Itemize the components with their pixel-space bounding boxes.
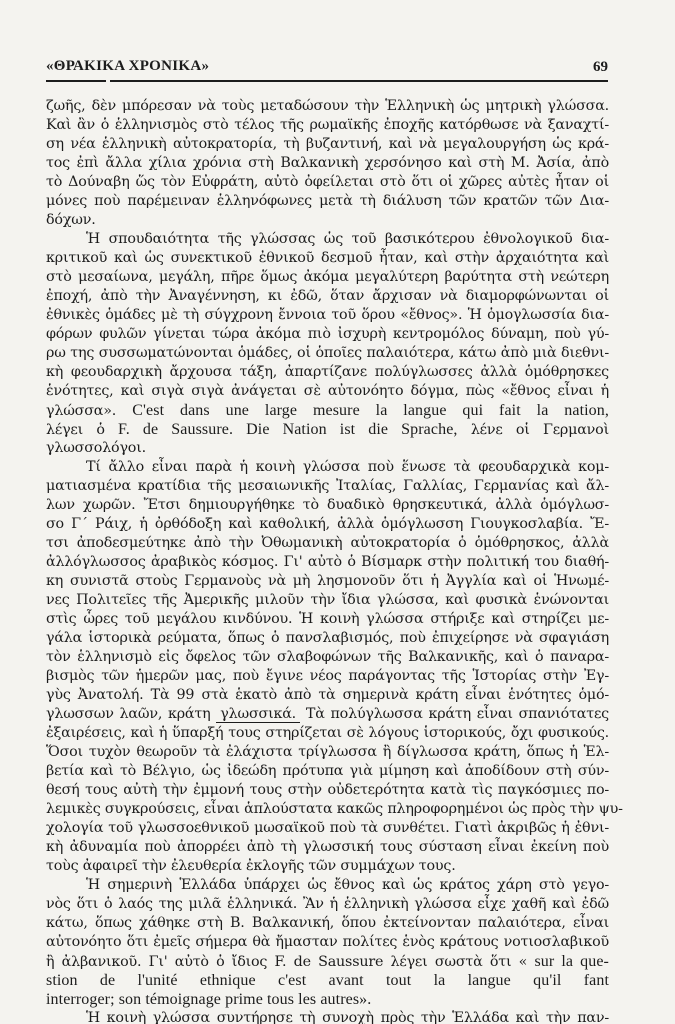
text-run: κὴ ἀδυναμία ποὺ ἀπορρέει ἀπὸ τὴ γλωσσική…: [46, 839, 609, 855]
text-line: ἐποχή, ἀπὸ τὴν Ἀναγέννηση, κι ἐδῶ, ὅταν …: [46, 287, 609, 306]
text-line: δόχων.: [46, 211, 609, 230]
text-run: κὴ φεουδαρχικὴ ἄρχουσα τάξη, ἀπαρτίζανε …: [46, 364, 609, 380]
text-line: χολογία τοῦ γλωσσοεθνικοῦ μωσαϊκοῦ ποὺ τ…: [46, 819, 609, 838]
text-line: ἢ ἀλβανικοῦ. Γι' αὐτὸ ὁ ἴδιος F. de Saus…: [46, 952, 609, 971]
text-line: Τί ἄλλο εἶναι παρὰ ἡ κοινὴ γλώσσα ποὺ ἕν…: [46, 458, 609, 477]
text-line: λων χωρῶν. Ἔτσι δημιουργήθηκε τὸ δυαδικὸ…: [46, 496, 609, 515]
text-run: λένε οἱ Γερμανοὶ: [471, 422, 609, 438]
text-run: λεμικὲς συγκρούσεις, εἶναι ἁπλούστατα κα…: [46, 801, 623, 817]
text-run: στὶς ὧρες τοῦ μεγάλου κινδύνου. Ἡ κοινὴ …: [46, 611, 609, 627]
text-run: δόχων.: [46, 212, 96, 228]
text-line: Ἡ κοινὴ γλώσσα συντήρησε τὴ συνοχὴ πρὸς …: [46, 1009, 609, 1024]
text-run: κη συνιστᾶ στοὺς Γερμανοὺς νὰ μὴ λησμονο…: [46, 573, 609, 589]
text-run: γλώσσα».: [46, 403, 116, 419]
text-run: βισμὸς τῶν ἡμερῶν μας, ποὺ ἔγινε νέος πα…: [46, 668, 609, 684]
text-line: λεμικὲς συγκρούσεις, εἶναι ἁπλούστατα κα…: [46, 800, 609, 819]
text-line: τὸν ἑλληνισμὸ εἰς ὄφελος τῶν σλαβοφώνων …: [46, 648, 609, 667]
text-run: σο Γ΄ Ράιχ, ἡ ὀρθόδοξη καὶ καθολική, ἀλλ…: [46, 516, 609, 532]
text-line: Ἡ σημερινὴ Ἑλλάδα ὑπάρχει ὡς ἔθνος καὶ ὡ…: [46, 876, 609, 895]
text-line: θεσή τους αὐτὴ τὴν ἐμμονή τους στὴν οὐδε…: [46, 781, 609, 800]
text-run: Τί ἄλλο εἶναι παρὰ ἡ κοινὴ γλώσσα ποὺ ἕν…: [86, 459, 609, 475]
text-run: λέγει ὁ: [46, 422, 105, 438]
text-line: τος ἐπὶ ἄλλα χίλια χρόνια στὴ Βαλκανικὴ …: [46, 154, 609, 173]
text-line: ρω της συσσωματώνονται ὁμάδες, οἱ ὁποῖες…: [46, 344, 609, 363]
text-line: σο Γ΄ Ράιχ, ἡ ὀρθόδοξη καὶ καθολική, ἀλλ…: [46, 515, 609, 534]
page-header: «ΘΡΑΚΙΚΑ ΧΡΟΝΙΚΑ» 69: [46, 58, 608, 78]
text-run: γὺς Ἀνατολή. Τὰ 99 στὰ ἑκατὸ ἀπὸ τὰ σημε…: [46, 687, 609, 703]
text-run: γλωσσων λαῶν, κράτη: [46, 706, 210, 722]
text-line: φόρων φυλῶν γίνεται τώρα ἀκόμα πιὸ ἰσχυρ…: [46, 325, 609, 344]
text-run: τὸν ἑλληνισμὸ εἰς ὄφελος τῶν σλαβοφώνων …: [46, 649, 609, 665]
header-rule-long: [110, 80, 608, 82]
text-line: Ὅσοι τυχὸν θεωροῦν τὰ ἐλάχιστα τρίγλωσσα…: [46, 743, 609, 762]
text-run: κριτικοῦ καὶ ὡς συνεκτικοῦ ἐθνικοῦ δεσμο…: [46, 250, 609, 266]
text-line: stion de l'unité ethnique c'est avant to…: [46, 971, 609, 990]
latin-quote: F. de Saussure. Die Nation ist die Sprac…: [118, 421, 457, 438]
text-line: ζωῆς, δὲν μπόρεσαν νὰ τοὺς μεταδώσουν τὴ…: [46, 97, 609, 116]
text-run: ἐθνικὲς ὁμάδες μὲ τὴ σύγχρονη ἔννοια τοῦ…: [46, 307, 609, 323]
text-line: ματιασμένα κρατίδια τῆς μεσαιωνικῆς Ἰταλ…: [46, 477, 609, 496]
page-number: 69: [593, 59, 608, 76]
underlined-word: γλωσσικά.: [216, 706, 300, 723]
latin-quote: stion de l'unité ethnique c'est avant to…: [46, 972, 609, 989]
text-line: κὴ φεουδαρχικὴ ἄρχουσα τάξη, ἀπαρτίζανε …: [46, 363, 609, 382]
text-run: γλωσσολόγοι.: [46, 440, 146, 456]
text-line: κριτικοῦ καὶ ὡς συνεκτικοῦ ἐθνικοῦ δεσμο…: [46, 249, 609, 268]
text-run: Τὰ πολύγλωσσα κράτη εἶναι σπανιότατες: [306, 706, 609, 722]
text-line: τσι ἀποδεσμεύτηκε ἀπὸ τὴν Ὀθωμανικὴ αὐτο…: [46, 534, 609, 553]
text-line: κὴ ἀδυναμία ποὺ ἀπορρέει ἀπὸ τὴ γλωσσική…: [46, 838, 609, 857]
text-run: ἑνότητες, καὶ σιγὰ σιγὰ ἀνάγεται σὲ αὐτο…: [46, 383, 609, 399]
text-run: ματιασμένα κρατίδια τῆς μεσαιωνικῆς Ἰταλ…: [46, 478, 609, 494]
text-run: τος ἐπὶ ἄλλα χίλια χρόνια στὴ Βαλκανικὴ …: [46, 155, 609, 171]
text-line: λέγει ὁ F. de Saussure. Die Nation ist d…: [46, 420, 609, 439]
text-run: νες Πολιτεῖες τῆς Ἀμερικῆς μιλοῦν τὴν ἴδ…: [46, 592, 609, 608]
text-line: αὐτονόητο ὅτι ἐμεῖς σήμερα θὰ ἤμασταν πο…: [46, 933, 609, 952]
text-run: ση νέα ἑλληνικὴ αὐτοκρατορία, τὴ βυζαντι…: [46, 136, 609, 152]
text-run: ἢ ἀλβανικοῦ. Γι' αὐτὸ ὁ ἴδιος F. de Saus…: [46, 954, 527, 970]
text-line: γλωσσολόγοι.: [46, 439, 609, 458]
text-line: ἐθνικὲς ὁμάδες μὲ τὴ σύγχρονη ἔννοια τοῦ…: [46, 306, 609, 325]
text-line: βισμὸς τῶν ἡμερῶν μας, ποὺ ἔγινε νέος πα…: [46, 667, 609, 686]
text-line: γὺς Ἀνατολή. Τὰ 99 στὰ ἑκατὸ ἀπὸ τὰ σημε…: [46, 686, 609, 705]
text-line: ση νέα ἑλληνικὴ αὐτοκρατορία, τὴ βυζαντι…: [46, 135, 609, 154]
text-run: βετία καὶ τὸ Βέλγιο, ὡς ἰδεώδη πρότυπα γ…: [46, 763, 609, 779]
text-run: Ἡ κοινὴ γλώσσα συντήρησε τὴ συνοχὴ πρὸς …: [86, 1010, 609, 1024]
text-line: ἑνότητες, καὶ σιγὰ σιγὰ ἀνάγεται σὲ αὐτο…: [46, 382, 609, 401]
latin-quote: sur la que-: [534, 953, 609, 970]
text-run: λων χωρῶν. Ἔτσι δημιουργήθηκε τὸ δυαδικὸ…: [46, 497, 609, 513]
text-line: στὶς ὧρες τοῦ μεγάλου κινδύνου. Ἡ κοινὴ …: [46, 610, 609, 629]
text-line: γλωσσων λαῶν, κράτη γλωσσικά. Τὰ πολύγλω…: [46, 705, 609, 724]
text-run: μόνες ποὺ παρέμειναν ἑλληνόφωνες μετὰ τὴ…: [46, 193, 609, 209]
text-line: ἐξαιρέσεις, καὶ ἡ ὕπαρξή τους στηρίζεται…: [46, 724, 609, 743]
text-run: ρω της συσσωματώνονται ὁμάδες, οἱ ὁποῖες…: [46, 345, 609, 361]
text-line: γάλα ἱστορικὰ ρεύματα, ὅπως ὁ πανσλαβισμ…: [46, 629, 609, 648]
text-run: Καὶ ἂν ὁ ἑλληνισμὸς στὸ τέλος τῆς ρωμαϊκ…: [46, 117, 609, 133]
header-rule-short: [46, 80, 106, 82]
text-run: Ἡ σπουδαιότητα τῆς γλώσσας ὡς τοῦ βασικό…: [86, 231, 609, 247]
text-line: μόνες ποὺ παρέμειναν ἑλληνόφωνες μετὰ τὴ…: [46, 192, 609, 211]
text-run: χολογία τοῦ γλωσσοεθνικοῦ μωσαϊκοῦ ποὺ τ…: [46, 820, 609, 836]
text-line: interroger; son témoignage prime tous le…: [46, 990, 609, 1009]
text-run: ζωῆς, δὲν μπόρεσαν νὰ τοὺς μεταδώσουν τὴ…: [46, 98, 609, 114]
text-run: στὸ μεσαίωνα, μεγάλη, πῆρε ὅμως ἀκόμα με…: [46, 269, 609, 285]
text-line: κάτω, ὅπως χάθηκε στὴ Β. Βαλκανική, ὅπου…: [46, 914, 609, 933]
text-run: θεσή τους αὐτὴ τὴν ἐμμονή τους στὴν οὐδε…: [46, 782, 609, 798]
text-line: νες Πολιτεῖες τῆς Ἀμερικῆς μιλοῦν τὴν ἴδ…: [46, 591, 609, 610]
text-line: βετία καὶ τὸ Βέλγιο, ὡς ἰδεώδη πρότυπα γ…: [46, 762, 609, 781]
text-run: γάλα ἱστορικὰ ρεύματα, ὅπως ὁ πανσλαβισμ…: [46, 630, 609, 646]
text-run: αὐτονόητο ὅτι ἐμεῖς σήμερα θὰ ἤμασταν πο…: [46, 934, 609, 950]
text-run: φόρων φυλῶν γίνεται τώρα ἀκόμα πιὸ ἰσχυρ…: [46, 326, 609, 342]
text-line: κη συνιστᾶ στοὺς Γερμανοὺς νὰ μὴ λησμονο…: [46, 572, 609, 591]
text-line: Καὶ ἂν ὁ ἑλληνισμὸς στὸ τέλος τῆς ρωμαϊκ…: [46, 116, 609, 135]
running-title: «ΘΡΑΚΙΚΑ ΧΡΟΝΙΚΑ»: [46, 58, 209, 75]
text-run: Ὅσοι τυχὸν θεωροῦν τὰ ἐλάχιστα τρίγλωσσα…: [46, 744, 609, 760]
text-run: Ἡ σημερινὴ Ἑλλάδα ὑπάρχει ὡς ἔθνος καὶ ὡ…: [86, 877, 609, 893]
latin-quote: interroger; son témoignage prime tous le…: [46, 991, 371, 1008]
text-line: ἀλλόγλωσσος ἀραβικὸς κόσμος. Γι' αὐτὸ ὁ …: [46, 553, 609, 572]
text-line: τοὺς ἀφαιρεῖ τὴν ἐλευθερία ἐκλογῆς τῶν σ…: [46, 857, 609, 876]
text-run: τοὺς ἀφαιρεῖ τὴν ἐλευθερία ἐκλογῆς τῶν σ…: [46, 858, 456, 874]
article-body: ζωῆς, δὲν μπόρεσαν νὰ τοὺς μεταδώσουν τὴ…: [46, 97, 609, 1024]
text-line: στὸ μεσαίωνα, μεγάλη, πῆρε ὅμως ἀκόμα με…: [46, 268, 609, 287]
text-line: τὸ Δούναβη ὥς τὸν Εὐφράτη, αὐτὸ ὀφείλετα…: [46, 173, 609, 192]
text-line: Ἡ σπουδαιότητα τῆς γλώσσας ὡς τοῦ βασικό…: [46, 230, 609, 249]
text-run: ἐποχή, ἀπὸ τὴν Ἀναγέννηση, κι ἐδῶ, ὅταν …: [46, 288, 609, 304]
text-line: γλώσσα». C'est dans une large mesure la …: [46, 401, 609, 420]
text-run: τὸ Δούναβη ὥς τὸν Εὐφράτη, αὐτὸ ὀφείλετα…: [46, 174, 609, 190]
latin-quote: C'est dans une large mesure la langue qu…: [132, 402, 609, 419]
scanned-page: «ΘΡΑΚΙΚΑ ΧΡΟΝΙΚΑ» 69 ζωῆς, δὲν μπόρεσαν …: [0, 0, 675, 1024]
text-run: κάτω, ὅπως χάθηκε στὴ Β. Βαλκανική, ὅπου…: [46, 915, 609, 931]
text-run: ἐξαιρέσεις, καὶ ἡ ὕπαρξή τους στηρίζεται…: [46, 725, 609, 741]
text-run: τσι ἀποδεσμεύτηκε ἀπὸ τὴν Ὀθωμανικὴ αὐτο…: [46, 535, 609, 551]
text-run: νὸς ὅτι ὁ λαός της μιλᾶ ἑλληνικά. Ἂν ἡ ἑ…: [46, 896, 609, 912]
text-run: ἀλλόγλωσσος ἀραβικὸς κόσμος. Γι' αὐτὸ ὁ …: [46, 554, 609, 570]
text-line: νὸς ὅτι ὁ λαός της μιλᾶ ἑλληνικά. Ἂν ἡ ἑ…: [46, 895, 609, 914]
